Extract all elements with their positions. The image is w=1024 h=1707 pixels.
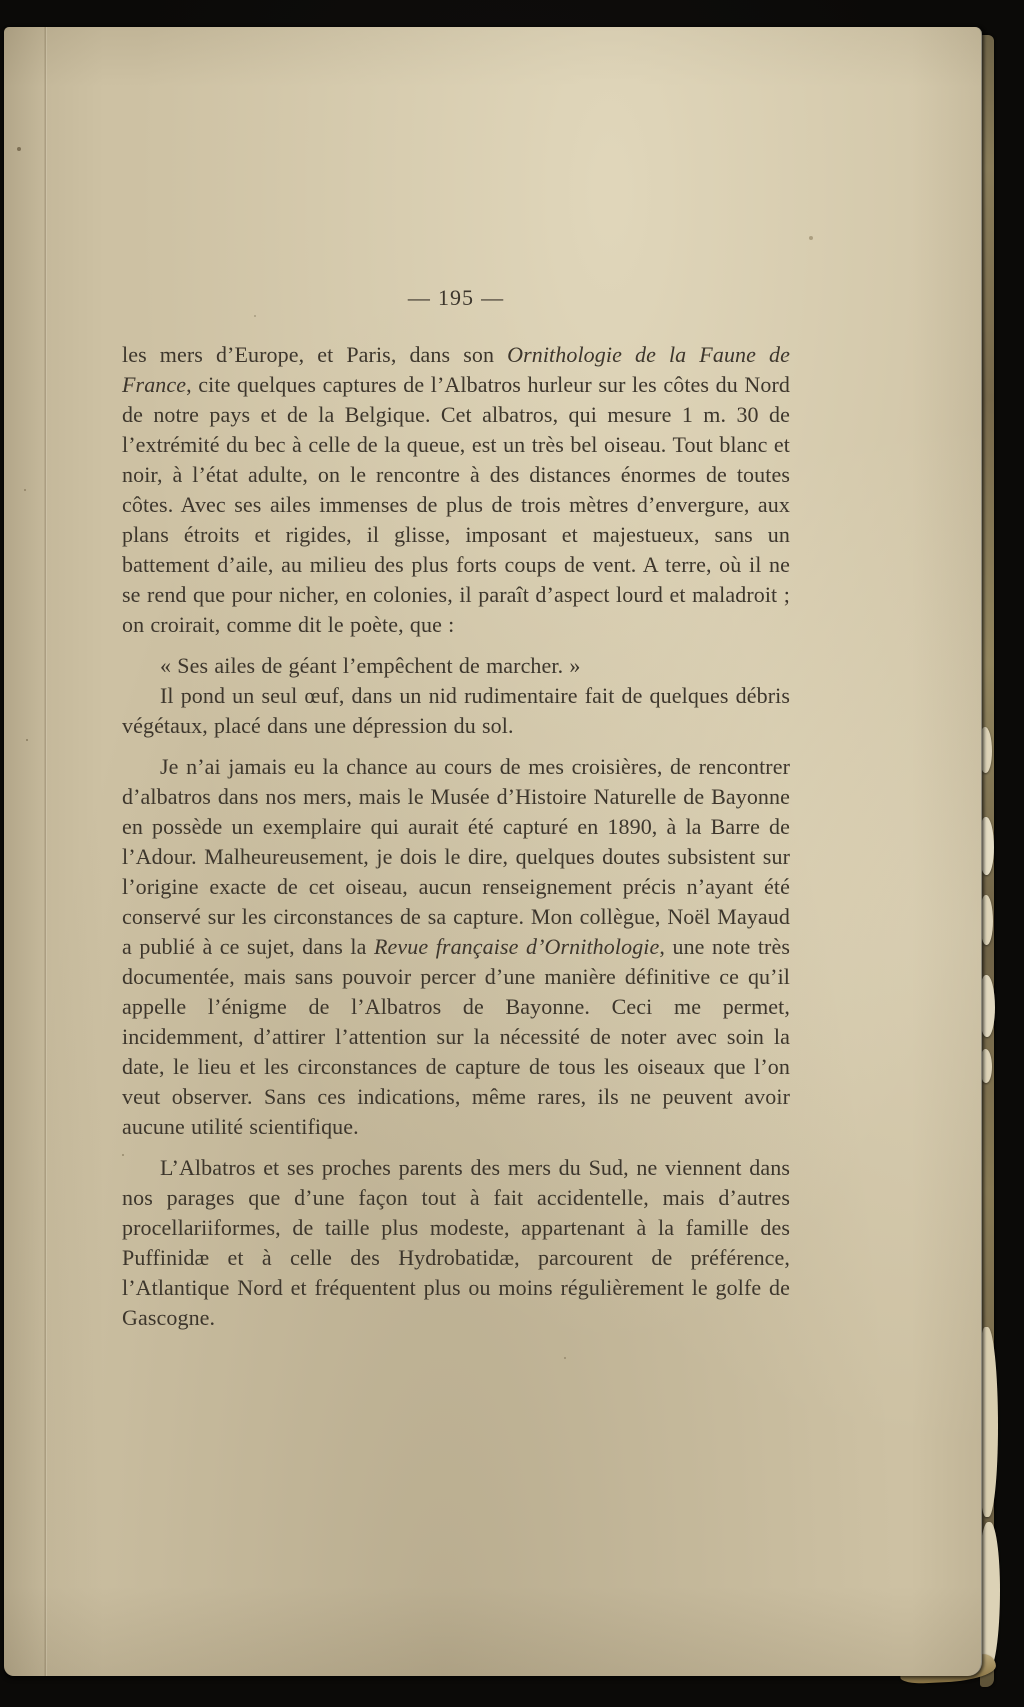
paragraph: Il pond un seul œuf, dans un nid rudimen… — [122, 681, 790, 741]
paragraph: les mers d’Europe, et Paris, dans son Or… — [122, 340, 790, 640]
text-run: Je n’ai jamais eu la chance au cours de … — [122, 754, 790, 959]
text-run: L’Albatros et ses proches parents des me… — [122, 1155, 790, 1330]
verse-quote: « Ses ailes de géant l’empêchent de marc… — [122, 651, 790, 681]
italic-work-title: Revue française d’Ornithologie — [374, 934, 659, 959]
text-run: les mers d’Europe, et Paris, dans son — [122, 342, 507, 367]
book-page: — 195 — les mers d’Europe, et Paris, dan… — [4, 27, 982, 1676]
text-run: « Ses ailes de géant l’empêchent de marc… — [160, 653, 581, 678]
text-column: — 195 — les mers d’Europe, et Paris, dan… — [122, 283, 790, 1333]
text-run: Il pond un seul œuf, dans un nid rudimen… — [122, 683, 790, 738]
text-block: les mers d’Europe, et Paris, dans son Or… — [122, 340, 790, 1333]
page-sheet: — 195 — les mers d’Europe, et Paris, dan… — [4, 27, 982, 1676]
text-run: , cite quelques captures de l’Albatros h… — [122, 372, 790, 637]
text-run: , une note très documentée, mais sans po… — [122, 934, 790, 1139]
paragraph: Je n’ai jamais eu la chance au cours de … — [122, 752, 790, 1142]
page-number: — 195 — — [122, 283, 790, 313]
gutter-crease — [44, 27, 47, 1676]
paper-specks — [4, 27, 6, 29]
paragraph: L’Albatros et ses proches parents des me… — [122, 1153, 790, 1333]
